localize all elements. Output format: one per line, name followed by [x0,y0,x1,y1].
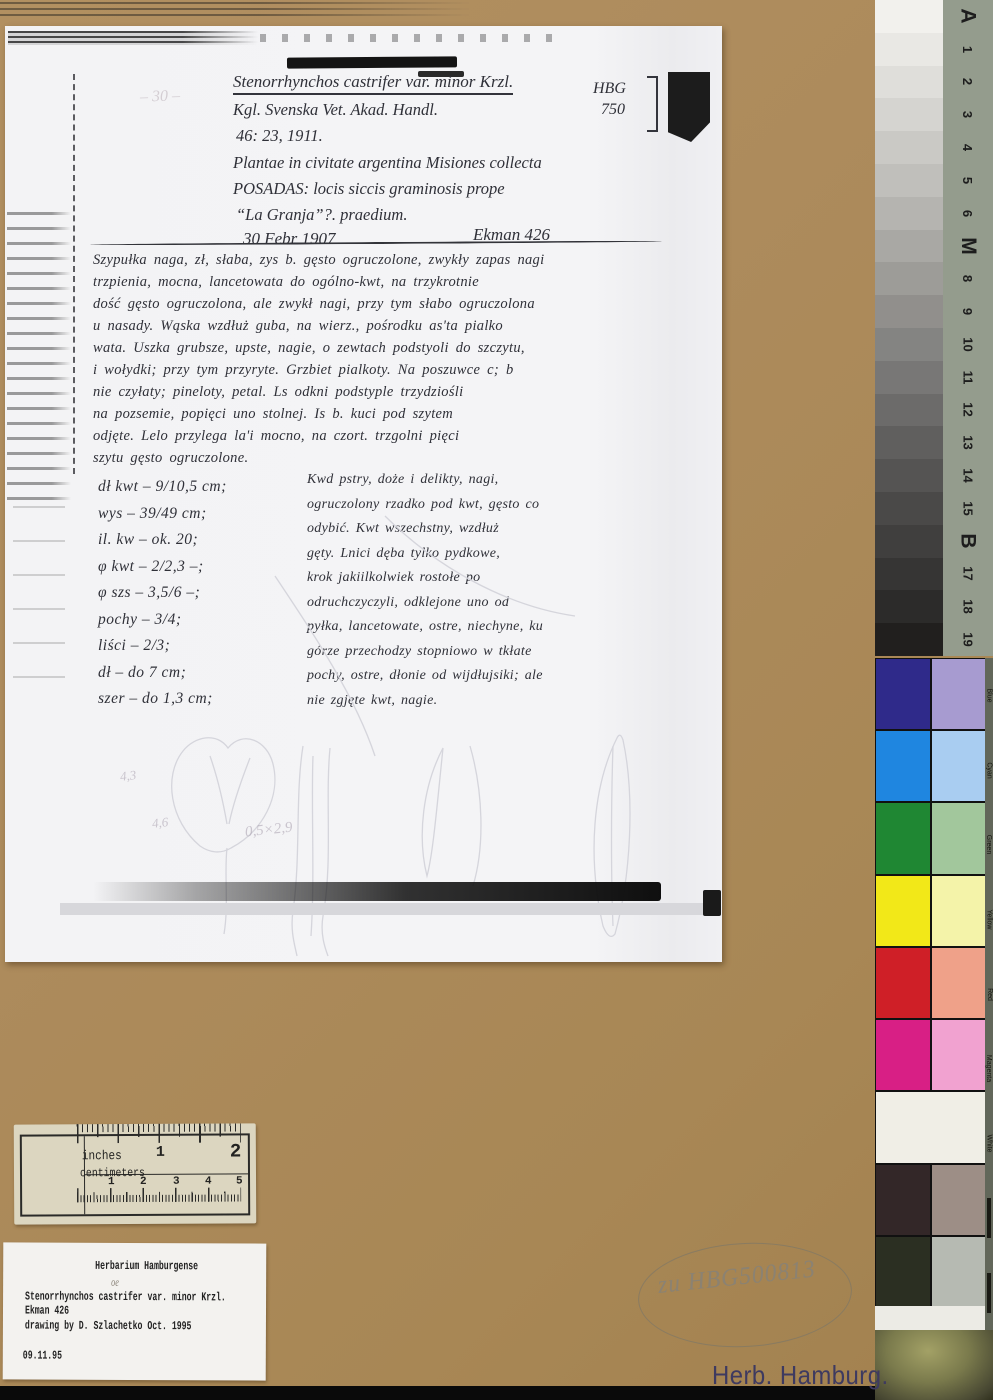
date-stamp: 09.11.95 [23,1349,62,1363]
toner-corner-blob [668,72,710,142]
color-patch-white [876,1092,986,1162]
gray-patch [875,295,943,328]
locality-line: POSADAS: locis siccis graminosis prope [233,179,505,199]
label-text: 13 [961,436,976,450]
color-label: Red [985,957,993,1032]
label-text: 8 [960,275,975,282]
label-text: 17 [961,567,976,581]
label-text: 18 [961,600,976,614]
grayscale-label: 6 [943,197,993,230]
margin-smudges [7,212,71,502]
handwritten-line: i wołydki; przy tym przyryte. Grzbiet pi… [93,362,668,384]
grayscale-label: 2 [943,66,993,99]
handwritten-line: nie czyłaty; pineloty, petal. Ls odkni p… [93,384,668,406]
reference-line: Kgl. Svenska Vet. Akad. Handl. [233,100,438,120]
color-calibration-chart [875,658,987,1308]
color-label: Blue [985,658,993,733]
color-patch-pale [932,659,986,729]
toner-streaks-top-edge [0,2,470,20]
label-text: 5 [960,177,975,184]
grayscale-label: A [943,0,993,33]
color-patch-pale [932,1237,986,1307]
handwritten-line: na pozsemie, popięci uno stolnej. Is b. … [93,406,668,428]
label-text: 1 [960,46,975,53]
color-row-magenta [876,1020,986,1090]
color-patch-strong [876,803,930,873]
drawing-credit: drawing by D. Szlachetko Oct. 1995 [25,1319,192,1334]
grayscale-label: 5 [943,164,993,197]
handwritten-line: odjęte. Lelo przylega la'i mocno, na czo… [93,428,668,450]
color-patch-pale [932,803,986,873]
inch-number: 1 [156,1144,165,1161]
label-text: M [956,237,980,255]
locality-line: Plantae in civitate argentina Misiones c… [233,153,542,173]
scanner-glare-area [875,1330,993,1400]
grayscale-patches [875,0,943,656]
grayscale-calibration-chart: A 1 2 3 4 5 6 M 8 9 10 11 12 13 14 15 B … [875,0,993,656]
gray-patch [875,558,943,591]
color-patch-strong [876,1165,930,1235]
label-text: 2 [960,78,975,85]
gray-patch [875,492,943,525]
color-row-white [876,1092,986,1162]
gray-patch [875,328,943,361]
herbarium-name: Herbarium Hamburgense [95,1259,198,1273]
gray-patch [875,164,943,197]
sketch-measurement-note: 4,6 [151,814,169,832]
label-text: 11 [961,370,976,384]
label-text: Green [986,835,993,854]
grayscale-label: 8 [943,262,993,295]
cm-ticks [77,1187,241,1202]
bleed-through-note: – 30 – [140,87,181,106]
grayscale-label: 11 [943,361,993,394]
label-text: B [956,534,980,549]
inch-number: 2 [230,1140,242,1162]
cm-number: 4 [205,1176,212,1188]
handwritten-line: trzpienia, mocna, lancetowata do ogólno-… [93,274,668,296]
grayscale-label: B [943,525,993,558]
gray-patch [875,0,943,33]
gray-patch [875,459,943,492]
grayscale-label: 9 [943,295,993,328]
label-text: 15 [961,501,976,515]
inches-label: inches [82,1148,122,1163]
gray-patch [875,98,943,131]
label-text: 4 [960,144,975,151]
grayscale-label: 4 [943,131,993,164]
color-label-illegible [985,1181,993,1256]
color-patch-pale [932,1020,986,1090]
handwritten-line: Szypułka naga, zł, słaba, zys b. gęsto o… [93,252,668,274]
color-row-yellow [876,876,986,946]
illegible-label-mark [987,1273,991,1313]
grayscale-label: 10 [943,328,993,361]
color-row-cyan [876,731,986,801]
collector-number: Ekman 426 [25,1304,69,1318]
handwritten-line: dość gęsto ogruczolona, ale zwykł nagi, … [93,296,668,318]
description-paragraph: Szypułka naga, zł, słaba, zys b. gęsto o… [93,252,668,472]
grayscale-label: 3 [943,98,993,131]
grayscale-label-band: A 1 2 3 4 5 6 M 8 9 10 11 12 13 14 15 B … [943,0,993,656]
gray-patch [875,131,943,164]
grayscale-label: 13 [943,426,993,459]
cm-number: 1 [108,1176,115,1188]
color-row-black [876,1237,986,1307]
illegible-label-mark [987,1198,991,1238]
cm-number: 3 [173,1176,180,1188]
toner-smudge [8,31,258,45]
grayscale-label: 17 [943,558,993,591]
color-patch-pale [932,731,986,801]
photocopy-page: – 30 – Stenorrhynchos castrifer var. min… [5,26,722,962]
grayscale-label: 18 [943,590,993,623]
color-row-green [876,803,986,873]
color-row-red [876,948,986,1018]
color-patch-strong [876,1020,930,1090]
label-text: 19 [961,632,976,646]
locality-line: “La Granja”?. praedium. [236,205,407,225]
label-text: 12 [961,403,976,417]
inch-ticks [77,1123,241,1143]
gray-patch [875,590,943,623]
color-patch-pale [932,1165,986,1235]
label-text: A [956,9,980,24]
color-patch-pale [932,948,986,1018]
gray-patch [875,361,943,394]
label-text: Yellow [986,909,993,929]
label-text: 14 [961,468,976,482]
grayscale-label: 14 [943,459,993,492]
color-label: Magenta [985,1031,993,1106]
species-name: Stenorrhynchos castrifer var. minor Krzl… [25,1290,226,1305]
toner-smudge [260,34,560,42]
gray-patch [875,197,943,230]
gray-patch [875,525,943,558]
label-text: 10 [961,337,976,351]
color-label: White [985,1106,993,1181]
grayscale-label: M [943,230,993,263]
specimen-label: Herbarium Hamburgense oe Stenorrhynchos … [3,1242,267,1380]
herbarium-stamp: Herb. Hamburg. [712,1360,889,1391]
color-label-illegible [985,1255,993,1330]
color-label: Green [985,807,993,882]
label-text: White [986,1134,993,1152]
toner-bar [287,56,457,68]
label-text: Cyan [986,762,993,778]
cm-number: 5 [236,1175,243,1187]
reference-line: 46: 23, 1911. [236,126,323,146]
color-patch-strong [876,948,930,1018]
pencil-correction: oe [111,1275,119,1290]
species-title: Stenorrhynchos castrifer var. minor Krzl… [233,72,513,95]
color-row-brown [876,1165,986,1235]
grayscale-label: 1 [943,33,993,66]
color-patch-strong [876,876,930,946]
handwritten-line: u nasady. Wąska wzdłuż guba, na wierz., … [93,318,668,340]
chart-bottom-margin [875,1306,985,1330]
color-patch-pale [932,876,986,946]
sketch-measurement-note: 4,3 [119,767,137,785]
color-patch-strong [876,659,930,729]
gray-patch [875,623,943,656]
label-text: 3 [960,111,975,118]
gray-patch [875,262,943,295]
gray-patch [875,66,943,99]
handwritten-line: wata. Uszka grubsze, upste, nagie, o zew… [93,340,668,362]
collection-date: 30 Febr 1907 [243,229,336,249]
color-row-blue [876,659,986,729]
grayscale-label: 15 [943,492,993,525]
toner-streak-gray [60,903,710,915]
color-label-band: Blue Cyan Green Yellow Red Magenta White [985,658,993,1330]
cm-number: 2 [140,1176,147,1188]
hbg-number: 750 [601,101,625,119]
label-text: 9 [960,308,975,315]
grayscale-label: 19 [943,623,993,656]
toner-streak-heavy [93,882,661,901]
color-label: Yellow [985,882,993,957]
gray-patch [875,230,943,263]
herbarium-scan: – 30 – Stenorrhynchos castrifer var. min… [0,0,993,1400]
color-label: Cyan [985,733,993,808]
margin-smudges [13,506,65,706]
scale-ruler: inches centimeters 1 2 1 2 3 4 5 [14,1123,257,1224]
label-text: Blue [986,688,993,702]
label-text: 6 [960,210,975,217]
gray-patch [875,426,943,459]
color-patch-strong [876,731,930,801]
gray-patch [875,394,943,427]
toner-blob [703,890,721,916]
margin-dashed-line [73,74,75,474]
hbg-code: HBG [593,80,626,98]
bracket-mark [647,76,658,132]
grayscale-label: 12 [943,394,993,427]
gray-patch [875,33,943,66]
hand-drawn-divider [90,240,662,245]
color-patch-strong [876,1237,930,1307]
label-text: Red [986,988,993,1001]
label-text: Magenta [986,1055,993,1082]
